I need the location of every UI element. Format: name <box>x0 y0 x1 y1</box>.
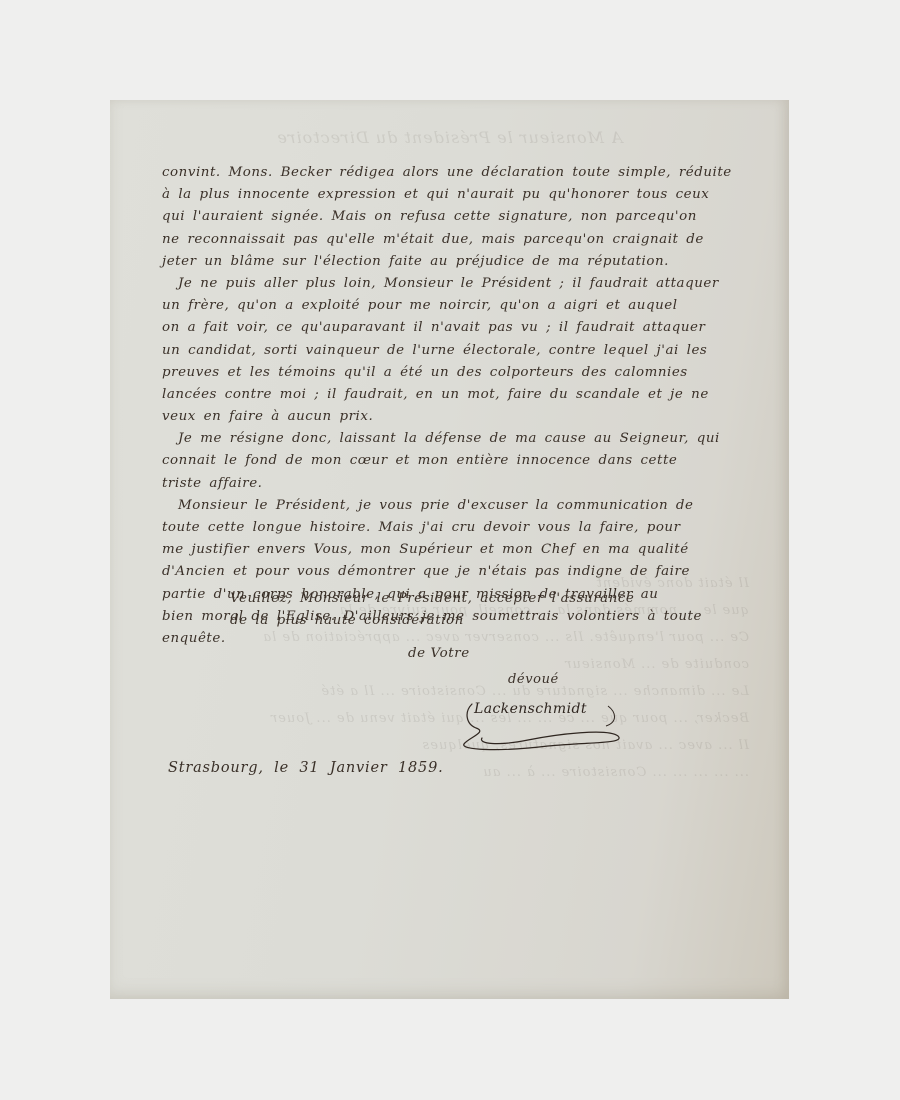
body-line: d'Ancien et pour vous démontrer que je n… <box>162 561 762 583</box>
body-line: connait le fond de mon cœur et mon entiè… <box>162 450 762 472</box>
body-line: qui l'auraient signée. Mais on refusa ce… <box>162 206 762 228</box>
bleed-through-header: A Monsieur le Président du Directoire <box>110 128 789 147</box>
bleed-line: Becker, ... pour que ... ce ... ... les … <box>110 705 789 732</box>
body-line: Je me résigne donc, laissant la défense … <box>162 428 762 450</box>
body-line: Monsieur le Président, je vous prie d'ex… <box>162 495 762 517</box>
bleed-line: Il ... avec ... avait nos signatures, qu… <box>110 732 789 759</box>
body-line: Je ne puis aller plus loin, Monsieur le … <box>162 273 762 295</box>
body-line: un frère, qu'on a exploité pour me noirc… <box>162 295 762 317</box>
photo-frame: A Monsieur le Président du Directoire Il… <box>0 0 900 1100</box>
body-line: me justifier envers Vous, mon Supérieur … <box>162 539 762 561</box>
body-line: toute cette longue histoire. Mais j'ai c… <box>162 517 762 539</box>
closing-votre: de Votre <box>408 646 470 661</box>
body-line: à la plus innocente expression et qui n'… <box>162 184 762 206</box>
closing-devoue: dévoué <box>508 672 559 687</box>
closing-line: Veuillez, Monsieur le Président, accepte… <box>230 588 634 610</box>
place-and-date: Strasbourg, le 31 Janvier 1859. <box>168 760 444 776</box>
body-line: preuves et les témoins qu'il a été un de… <box>162 362 762 384</box>
body-line: on a fait voir, ce qu'auparavant il n'av… <box>162 317 762 339</box>
body-line: ne reconnaissait pas qu'elle m'était due… <box>162 229 762 251</box>
bleed-line: Le ... dimanche ... signature du ... Con… <box>110 678 789 705</box>
closing-line: de la plus haute considération <box>230 610 634 632</box>
body-line: lancées contre moi ; il faudrait, en un … <box>162 384 762 406</box>
letter-page: A Monsieur le Président du Directoire Il… <box>110 100 789 999</box>
closing-formula: Veuillez, Monsieur le Président, accepte… <box>230 588 634 632</box>
body-line: convint. Mons. Becker rédigea alors une … <box>162 162 762 184</box>
letter-body: convint. Mons. Becker rédigea alors une … <box>162 162 762 650</box>
body-line: jeter un blâme sur l'élection faite au p… <box>162 251 762 273</box>
body-line: veux en faire à aucun prix. <box>162 406 762 428</box>
signature: Lackenschmidt <box>458 694 628 754</box>
signature-name: Lackenschmidt <box>474 701 587 717</box>
body-line: triste affaire. <box>162 473 762 495</box>
body-line: un candidat, sorti vainqueur de l'urne é… <box>162 340 762 362</box>
